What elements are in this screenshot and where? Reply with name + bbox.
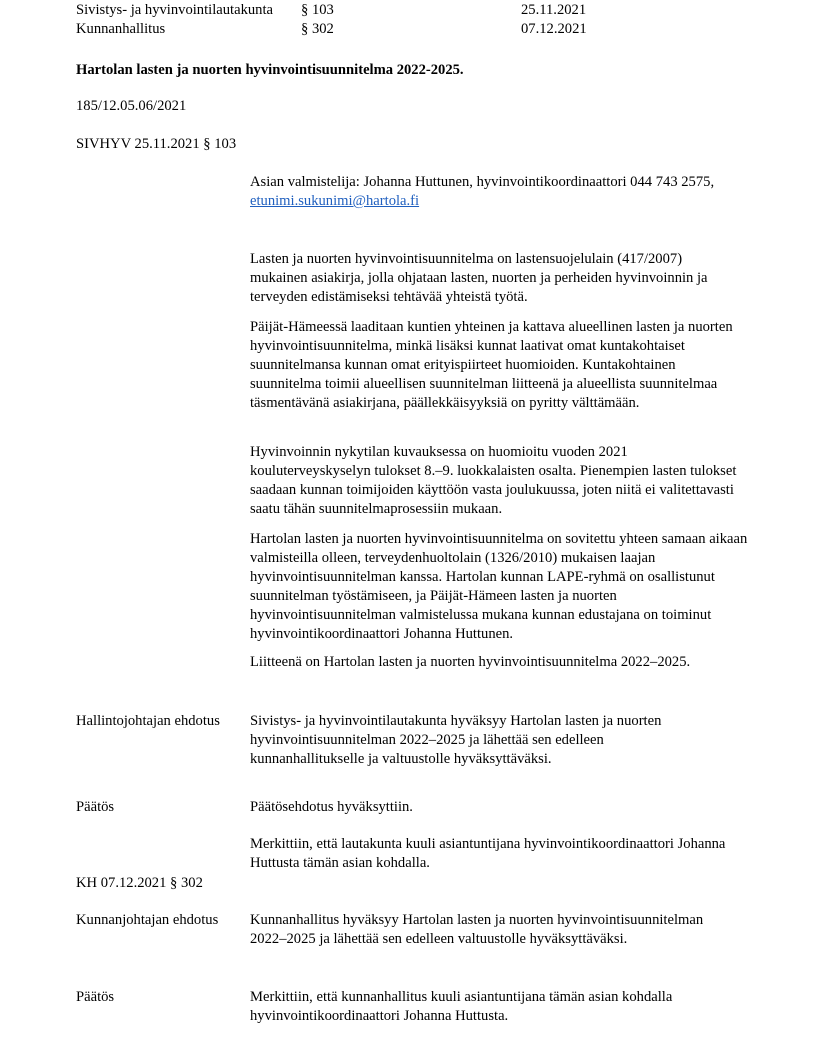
proposal-body: Sivistys- ja hyvinvointilautakunta hyväk… [250, 712, 710, 769]
decision-body: Päätösehdotus hyväksyttiin. [250, 798, 750, 817]
paragraph-text: Lasten ja nuorten hyvinvointisuunnitelma… [250, 250, 742, 307]
board-name: Kunnanhallitus [76, 20, 165, 39]
decision-note: Merkittiin, että lautakunta kuuli asiant… [250, 835, 730, 873]
kh-decision-label: Päätös [76, 988, 114, 1007]
decision-text: Päätösehdotus hyväksyttiin. [250, 798, 750, 817]
meeting-date: 25.11.2021 [521, 1, 586, 20]
preparer-info: Asian valmistelija: Johanna Huttunen, hy… [250, 173, 730, 211]
kh-reference: KH 07.12.2021 § 302 [76, 874, 203, 893]
section-number: § 103 [301, 1, 334, 20]
kh-decision-body: Merkittiin, että kunnanhallitus kuuli as… [250, 988, 740, 1026]
document-title: Hartolan lasten ja nuorten hyvinvointisu… [76, 61, 464, 80]
paragraph-4: Hartolan lasten ja nuorten hyvinvointisu… [250, 530, 748, 644]
proposal-text: Sivistys- ja hyvinvointilautakunta hyväk… [250, 712, 710, 769]
preparer-email-link[interactable]: etunimi.sukunimi@hartola.fi [250, 193, 419, 209]
kh-proposal-text: Kunnanhallitus hyväksyy Hartolan lasten … [250, 911, 725, 949]
proposal-label: Hallintojohtajan ehdotus [76, 712, 220, 731]
board-name: Sivistys- ja hyvinvointilautakunta [76, 1, 273, 20]
paragraph-5: Liitteenä on Hartolan lasten ja nuorten … [250, 653, 750, 672]
meeting-date: 07.12.2021 [521, 20, 587, 39]
record-number: 185/12.05.06/2021 [76, 97, 186, 116]
paragraph-text: Hyvinvoinnin nykytilan kuvauksessa on hu… [250, 443, 742, 519]
preparer-text: Asian valmistelija: Johanna Huttunen, hy… [250, 174, 714, 190]
kh-decision-text: Merkittiin, että kunnanhallitus kuuli as… [250, 988, 740, 1026]
section-number: § 302 [301, 20, 334, 39]
decision-label: Päätös [76, 798, 114, 817]
paragraph-2: Päijät-Hämeessä laaditaan kuntien yhtein… [250, 318, 738, 413]
paragraph-3: Hyvinvoinnin nykytilan kuvauksessa on hu… [250, 443, 742, 519]
decision-note-text: Merkittiin, että lautakunta kuuli asiant… [250, 835, 730, 873]
paragraph-text: Liitteenä on Hartolan lasten ja nuorten … [250, 653, 750, 672]
paragraph-text: Päijät-Hämeessä laaditaan kuntien yhtein… [250, 318, 738, 413]
paragraph-1: Lasten ja nuorten hyvinvointisuunnitelma… [250, 250, 742, 307]
kh-proposal-body: Kunnanhallitus hyväksyy Hartolan lasten … [250, 911, 725, 949]
sivhyv-reference: SIVHYV 25.11.2021 § 103 [76, 135, 236, 154]
paragraph-text: Hartolan lasten ja nuorten hyvinvointisu… [250, 530, 748, 644]
kh-proposal-label: Kunnanjohtajan ehdotus [76, 911, 218, 930]
